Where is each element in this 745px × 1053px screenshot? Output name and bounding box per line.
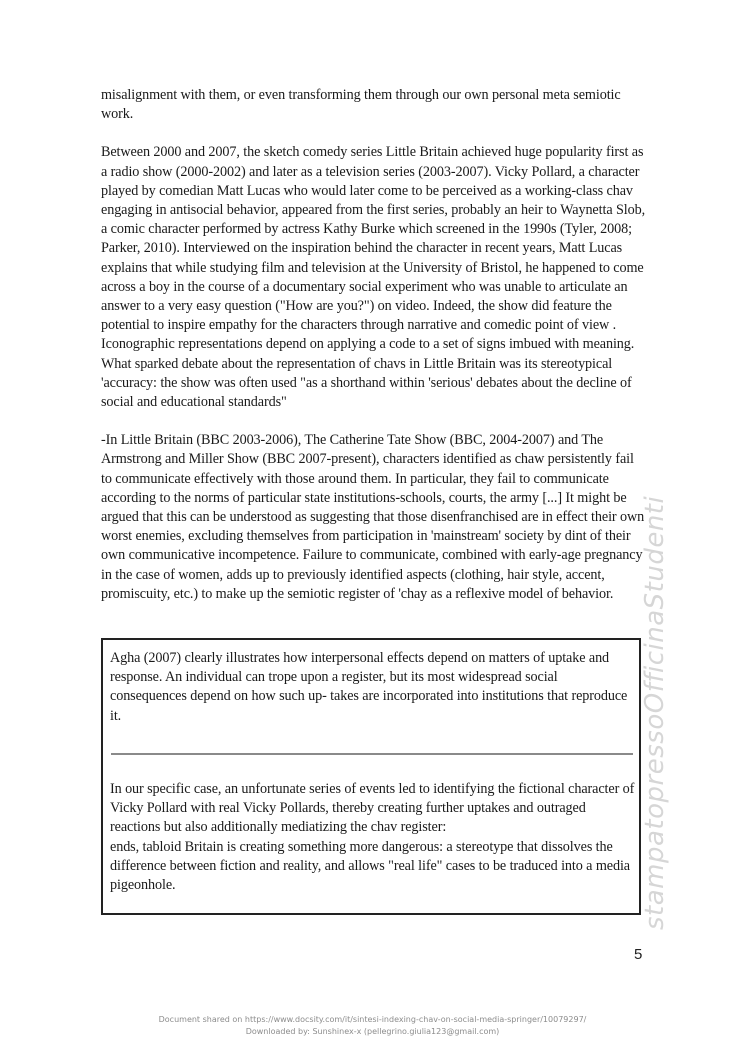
paragraph-quote-chaw: -In Little Britain (BBC 2003-2006), The … xyxy=(101,431,646,604)
watermark: stampatopressoOfficinaStudenti xyxy=(640,496,670,930)
page-number: 5 xyxy=(634,946,642,963)
footer-shared-link[interactable]: Document shared on https://www.docsity.c… xyxy=(0,1015,745,1024)
box-divider xyxy=(111,753,633,755)
box-tabloid-text: ends, tabloid Britain is creating someth… xyxy=(110,838,635,896)
paragraph-little-britain: Between 2000 and 2007, the sketch comedy… xyxy=(101,143,646,335)
body-text: misalignment with them, or even transfor… xyxy=(101,86,646,604)
box-specific-case-text: In our specific case, an unfortunate ser… xyxy=(110,780,635,838)
document-page: misalignment with them, or even transfor… xyxy=(0,0,745,1053)
bordered-text-box: Agha (2007) clearly illustrates how inte… xyxy=(101,638,641,915)
paragraph-iconographic: Iconographic representations depend on a… xyxy=(101,335,646,412)
paragraph-continuation: misalignment with them, or even transfor… xyxy=(101,86,646,124)
box-bottom-text: In our specific case, an unfortunate ser… xyxy=(110,780,635,895)
footer-downloaded-by: Downloaded by: Sunshinex-x (pellegrino.g… xyxy=(0,1027,745,1036)
box-agha-text: Agha (2007) clearly illustrates how inte… xyxy=(110,649,635,726)
